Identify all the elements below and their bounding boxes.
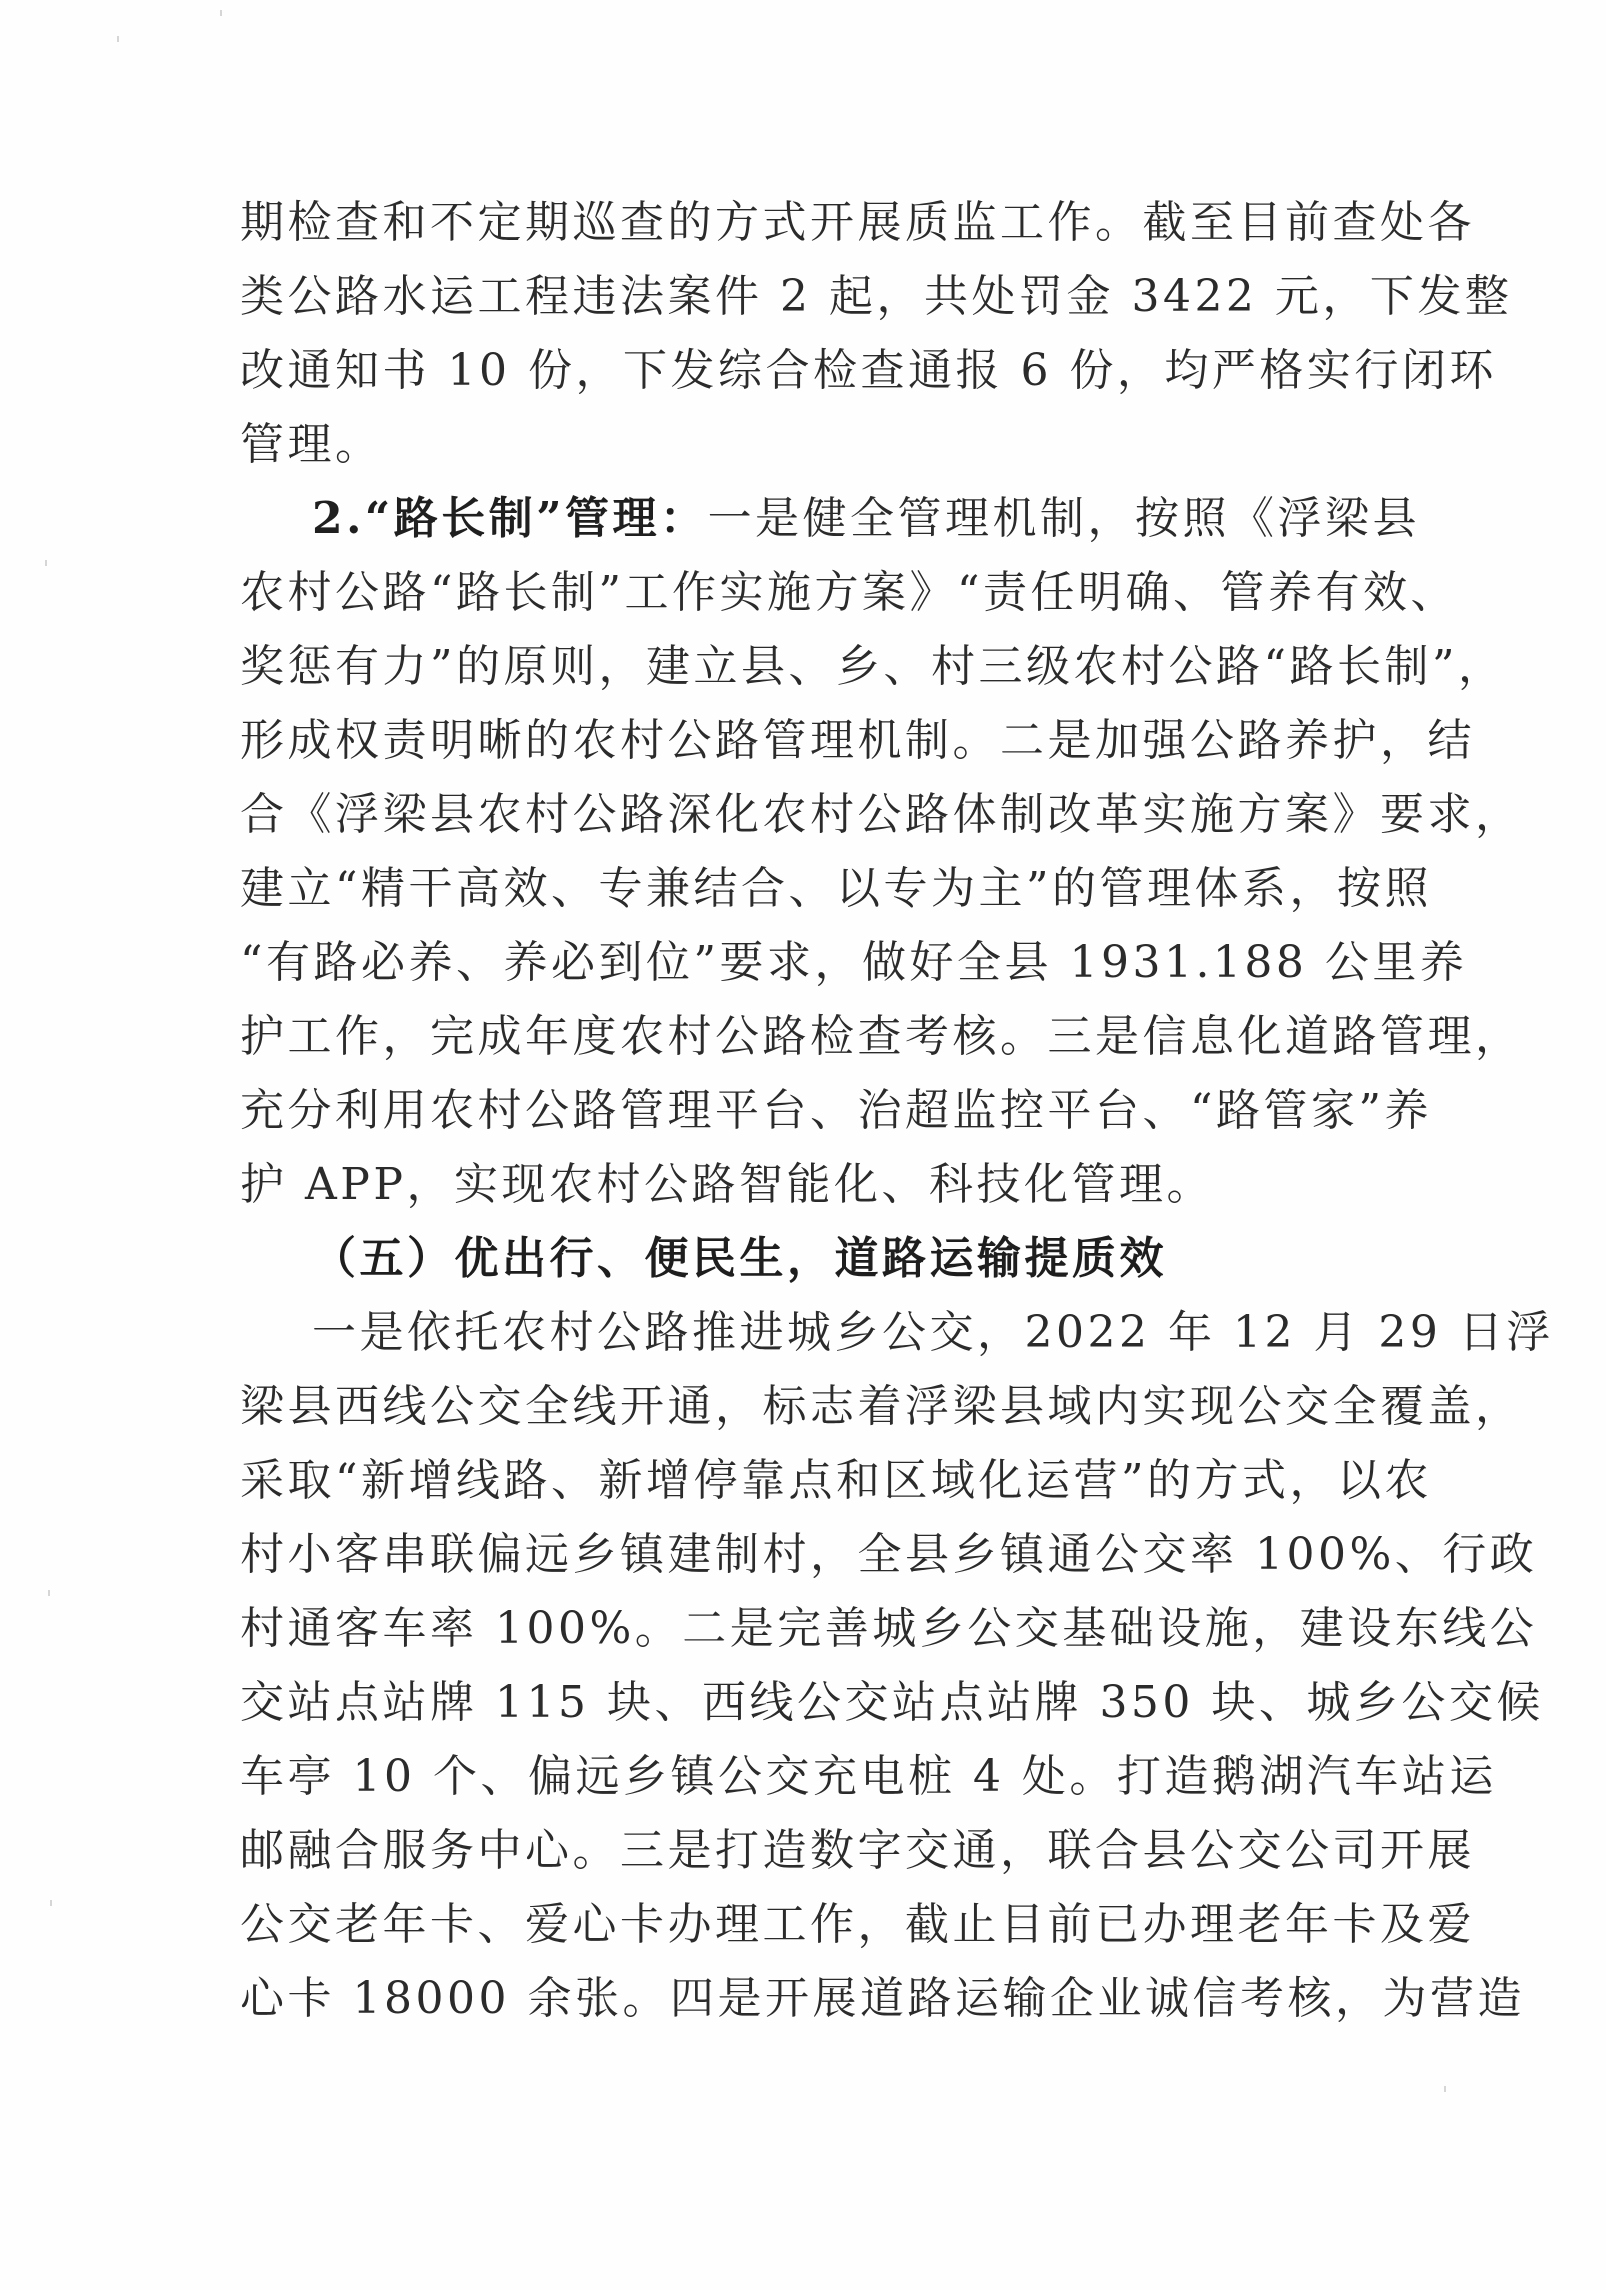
text-line: 护 APP，实现农村公路智能化、科技化管理。 [240, 1148, 1390, 1222]
text-line: 村小客串联偏远乡镇建制村，全县乡镇通公交率 100%、行政 [240, 1518, 1390, 1592]
text-fragment: 一是健全管理机制，按照《浮梁县 [708, 493, 1421, 544]
scan-speck [50, 1900, 52, 1906]
text-line: 合《浮梁县农村公路深化农村公路体制改革实施方案》要求， [240, 778, 1390, 852]
subsection-lead: 2.“路长制”管理： [312, 493, 708, 544]
text-line: 车亭 10 个、偏远乡镇公交充电桩 4 处。打造鹅湖汽车站运 [240, 1740, 1390, 1814]
text-line: 改通知书 10 份，下发综合检查通报 6 份，均严格实行闭环 [240, 334, 1390, 408]
text-line: 管理。 [240, 408, 1390, 482]
scan-speck [1444, 2086, 1446, 2092]
paragraph-urban-rural-bus: 一是依托农村公路推进城乡公交，2022 年 12 月 29 日浮 梁县西线公交全… [240, 1296, 1390, 2036]
text-line: 奖惩有力”的原则，建立县、乡、村三级农村公路“路长制”， [240, 630, 1390, 704]
text-line: 农村公路“路长制”工作实施方案》“责任明确、管养有效、 [240, 556, 1390, 630]
scanned-document-page: 期检查和不定期巡查的方式开展质监工作。截至目前查处各 类公路水运工程违法案件 2… [0, 0, 1606, 2290]
text-line: 2.“路长制”管理：一是健全管理机制，按照《浮梁县 [240, 482, 1390, 556]
text-line: 邮融合服务中心。三是打造数字交通，联合县公交公司开展 [240, 1814, 1390, 1888]
text-line: 采取“新增线路、新增停靠点和区域化运营”的方式，以农 [240, 1444, 1390, 1518]
text-line: 护工作，完成年度农村公路检查考核。三是信息化道路管理， [240, 1000, 1390, 1074]
text-line: 村通客车率 100%。二是完善城乡公交基础设施，建设东线公 [240, 1592, 1390, 1666]
text-line: 公交老年卡、爱心卡办理工作，截止目前已办理老年卡及爱 [240, 1888, 1390, 1962]
scan-speck [45, 560, 47, 566]
scan-speck [117, 36, 119, 42]
text-line: “有路必养、养必到位”要求，做好全县 1931.188 公里养 [240, 926, 1390, 1000]
text-line: 一是依托农村公路推进城乡公交，2022 年 12 月 29 日浮 [240, 1296, 1390, 1370]
text-line: 充分利用农村公路管理平台、治超监控平台、“路管家”养 [240, 1074, 1390, 1148]
scan-speck [220, 10, 222, 16]
text-line: 期检查和不定期巡查的方式开展质监工作。截至目前查处各 [240, 186, 1390, 260]
paragraph-road-chief-system: 2.“路长制”管理：一是健全管理机制，按照《浮梁县 农村公路“路长制”工作实施方… [240, 482, 1390, 1222]
section-heading: （五）优出行、便民生，道路运输提质效 [240, 1222, 1390, 1296]
text-line: 梁县西线公交全线开通，标志着浮梁县域内实现公交全覆盖， [240, 1370, 1390, 1444]
text-line: 建立“精干高效、专兼结合、以专为主”的管理体系，按照 [240, 852, 1390, 926]
scan-speck [48, 1590, 50, 1596]
text-line: 交站点站牌 115 块、西线公交站点站牌 350 块、城乡公交候 [240, 1666, 1390, 1740]
text-line: 心卡 18000 余张。四是开展道路运输企业诚信考核，为营造 [240, 1962, 1390, 2036]
paragraph-quality-supervision: 期检查和不定期巡查的方式开展质监工作。截至目前查处各 类公路水运工程违法案件 2… [240, 186, 1390, 482]
text-line: 类公路水运工程违法案件 2 起，共处罚金 3422 元，下发整 [240, 260, 1390, 334]
document-body: 期检查和不定期巡查的方式开展质监工作。截至目前查处各 类公路水运工程违法案件 2… [240, 186, 1390, 2036]
text-line: 形成权责明晰的农村公路管理机制。二是加强公路养护，结 [240, 704, 1390, 778]
